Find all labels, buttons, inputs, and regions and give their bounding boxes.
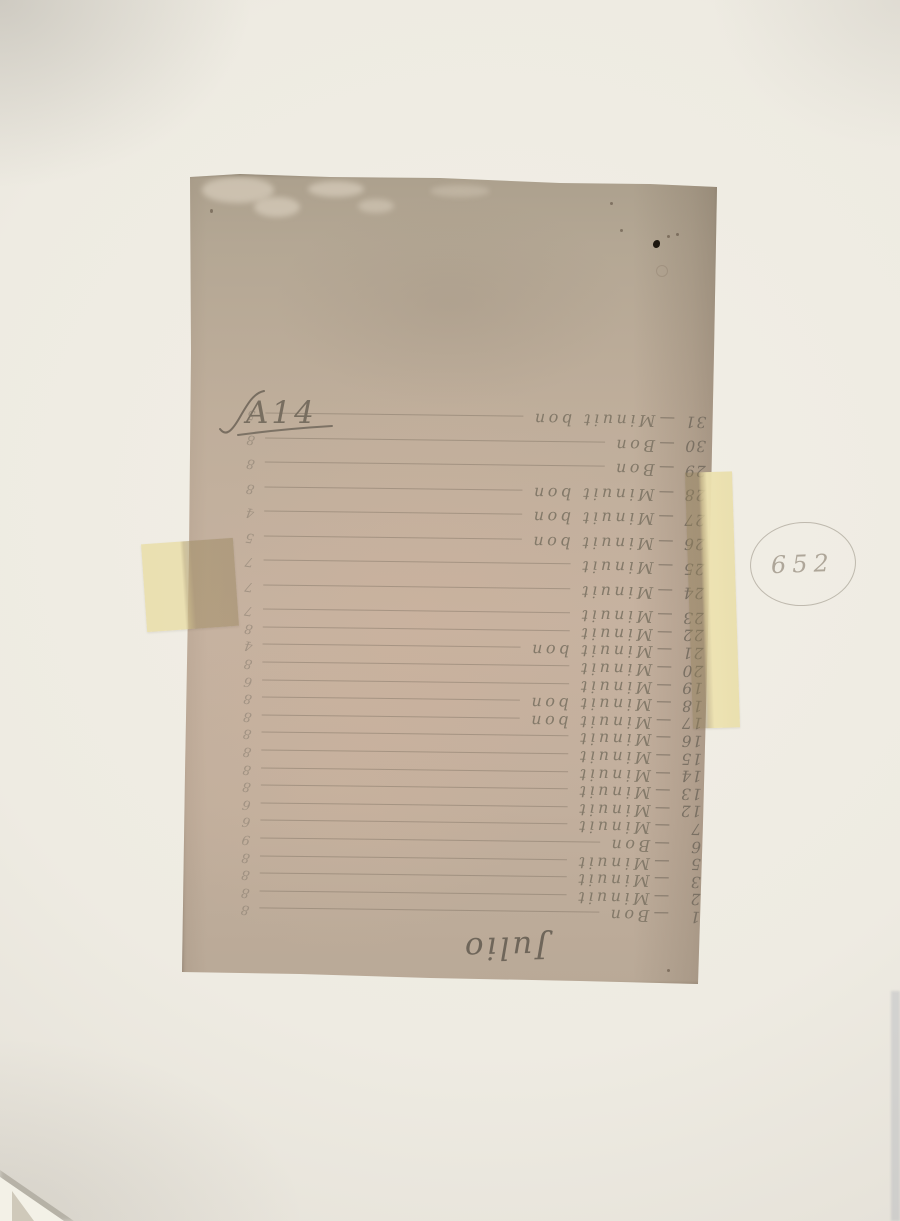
entry-note: Minuit xyxy=(575,889,650,906)
tape-right xyxy=(685,471,740,728)
entry-note: Minuit xyxy=(578,625,653,642)
entry-note: Minuit bon xyxy=(530,509,654,527)
dirt-speck xyxy=(210,209,213,213)
end-mark: 4 xyxy=(239,505,255,520)
ruled-pencil-line xyxy=(263,584,570,589)
end-mark: 8 xyxy=(240,480,256,495)
end-mark: 4 xyxy=(238,638,254,653)
tape-left xyxy=(141,538,239,632)
dirt-speck xyxy=(667,235,670,238)
dash-stroke xyxy=(655,860,669,861)
month-title: Julio xyxy=(234,929,548,972)
dash-stroke xyxy=(658,631,672,632)
scuff-patch xyxy=(254,197,300,217)
ruled-pencil-line xyxy=(264,560,571,565)
dash-stroke xyxy=(656,807,670,808)
end-mark: 6 xyxy=(237,673,253,688)
entry-note: Minuit bon xyxy=(530,485,654,503)
ruled-pencil-line xyxy=(263,626,570,631)
scuff-patch xyxy=(430,185,490,197)
entry-note: Bon xyxy=(612,461,654,478)
ruled-pencil-line xyxy=(260,855,567,860)
entry-note: Minuit xyxy=(576,784,651,801)
entry-note: Bon xyxy=(607,907,649,924)
dash-stroke xyxy=(659,491,673,492)
ruled-pencil-line xyxy=(261,732,568,737)
entry-note: Minuit bon xyxy=(530,534,654,552)
entry-note: Minuit xyxy=(578,608,653,625)
end-mark: 8 xyxy=(236,761,252,776)
ruled-pencil-line xyxy=(264,511,522,515)
entry-note: Minuit xyxy=(576,748,651,765)
dash-stroke xyxy=(660,442,674,443)
ruled-pencil-line xyxy=(261,750,568,755)
dash-stroke xyxy=(657,719,671,720)
ruled-pencil-line xyxy=(265,413,523,417)
end-mark: 8 xyxy=(234,902,250,917)
end-mark: 7 xyxy=(238,603,254,618)
end-mark: 6 xyxy=(236,814,252,829)
entry-note: Minuit bon xyxy=(528,695,652,713)
entry-note: Minuit xyxy=(576,819,651,836)
ruled-pencil-line xyxy=(262,679,569,684)
day-number: 31 xyxy=(676,413,706,429)
dash-stroke xyxy=(655,842,669,843)
dash-stroke xyxy=(658,614,672,615)
ruled-pencil-line xyxy=(261,785,568,790)
dash-stroke xyxy=(657,702,671,703)
dash-stroke xyxy=(656,754,670,755)
ruled-pencil-line xyxy=(259,908,599,913)
scuff-patch xyxy=(358,199,394,213)
handwritten-log-upside-down: Julio 1 Bon 8 2 Minuit xyxy=(235,406,707,978)
entry-note: Bon xyxy=(608,837,650,854)
dash-stroke xyxy=(656,737,670,738)
entry-note: Minuit bon xyxy=(528,713,652,731)
ruled-pencil-line xyxy=(264,486,522,490)
day-number: 2 xyxy=(670,890,700,906)
dash-stroke xyxy=(657,684,671,685)
ruled-pencil-line xyxy=(262,662,569,667)
entry-note: Minuit xyxy=(575,854,650,871)
end-mark: 8 xyxy=(240,431,256,446)
end-mark: 6 xyxy=(236,796,252,811)
stain-ring xyxy=(656,265,668,277)
day-number: 14 xyxy=(672,767,702,783)
dash-stroke xyxy=(655,895,669,896)
ruled-pencil-line xyxy=(261,802,568,807)
end-mark: 9 xyxy=(235,831,251,846)
ruled-pencil-line xyxy=(260,890,567,895)
dash-stroke xyxy=(655,877,669,878)
dash-stroke xyxy=(659,565,673,566)
dash-stroke xyxy=(656,790,670,791)
circled-page-number: 652 xyxy=(747,518,859,609)
photograph-of-document: 652 A14 Julio xyxy=(0,0,900,1221)
dirt-speck xyxy=(676,233,679,236)
entry-note: Minuit bon xyxy=(531,411,655,429)
day-number: 12 xyxy=(671,802,701,818)
dash-stroke xyxy=(658,649,672,650)
dash-stroke xyxy=(654,913,668,914)
end-mark: 5 xyxy=(239,529,255,544)
dirt-speck xyxy=(610,202,613,205)
end-mark: 8 xyxy=(237,726,253,741)
dash-stroke xyxy=(656,772,670,773)
ruled-pencil-line xyxy=(264,535,522,539)
end-mark: 8 xyxy=(235,849,251,864)
day-number: 3 xyxy=(671,873,701,889)
day-number: 16 xyxy=(672,732,702,748)
ruled-pencil-line xyxy=(263,644,521,648)
log-entries: 1 Bon 8 2 Minuit 8 xyxy=(235,407,706,925)
end-mark: 8 xyxy=(236,743,252,758)
end-mark: 8 xyxy=(237,655,253,670)
dash-stroke xyxy=(659,540,673,541)
scuff-patch xyxy=(308,181,364,197)
end-mark: 8 xyxy=(237,691,253,706)
ruled-pencil-line xyxy=(263,609,570,614)
end-mark: 8 xyxy=(237,708,253,723)
entry-note: Minuit bon xyxy=(528,642,652,660)
entry-note: Bon xyxy=(613,437,655,454)
ruled-pencil-line xyxy=(262,714,520,718)
entry-note: Minuit xyxy=(577,678,652,695)
ruled-pencil-line xyxy=(260,820,567,825)
end-mark: 7 xyxy=(239,554,255,569)
ruled-pencil-line xyxy=(261,767,568,772)
ruled-pencil-line xyxy=(265,437,605,442)
entry-note: Minuit xyxy=(579,559,654,576)
end-mark: 8 xyxy=(236,779,252,794)
entry-note: Minuit xyxy=(577,731,652,748)
entry-note: Minuit xyxy=(575,872,650,889)
circled-page-number-text: 652 xyxy=(771,549,836,579)
entry-note: Minuit xyxy=(576,766,651,783)
end-mark: 8 xyxy=(235,884,251,899)
entry-note: Minuit xyxy=(578,660,653,677)
dash-stroke xyxy=(655,825,669,826)
end-mark: 8 xyxy=(238,620,254,635)
end-mark: 8 xyxy=(240,456,256,471)
day-number: 13 xyxy=(672,785,702,801)
entry-note: Minuit xyxy=(578,583,653,600)
dash-stroke xyxy=(658,589,672,590)
manuscript-sheet: A14 Julio 1 Bon 8 2 xyxy=(180,173,719,985)
dash-stroke xyxy=(660,467,674,468)
ruled-pencil-line xyxy=(262,697,520,701)
day-number: 7 xyxy=(671,820,701,836)
dash-stroke xyxy=(660,418,674,419)
ruled-pencil-line xyxy=(265,462,605,467)
ruled-pencil-line xyxy=(260,837,600,842)
end-mark: 8 xyxy=(235,866,251,881)
end-mark: 5 xyxy=(240,407,256,422)
day-number: 5 xyxy=(671,855,701,871)
mat-right-edge-strip xyxy=(891,991,900,1221)
dash-stroke xyxy=(657,666,671,667)
dirt-speck xyxy=(620,229,623,232)
ruled-pencil-line xyxy=(260,873,567,878)
end-mark: 7 xyxy=(238,578,254,593)
day-number: 15 xyxy=(672,750,702,766)
dash-stroke xyxy=(659,516,673,517)
day-number: 6 xyxy=(671,837,701,853)
day-number: 1 xyxy=(670,908,700,924)
day-number: 30 xyxy=(676,437,706,453)
entry-note: Minuit xyxy=(576,801,651,818)
ink-speck xyxy=(653,240,660,248)
